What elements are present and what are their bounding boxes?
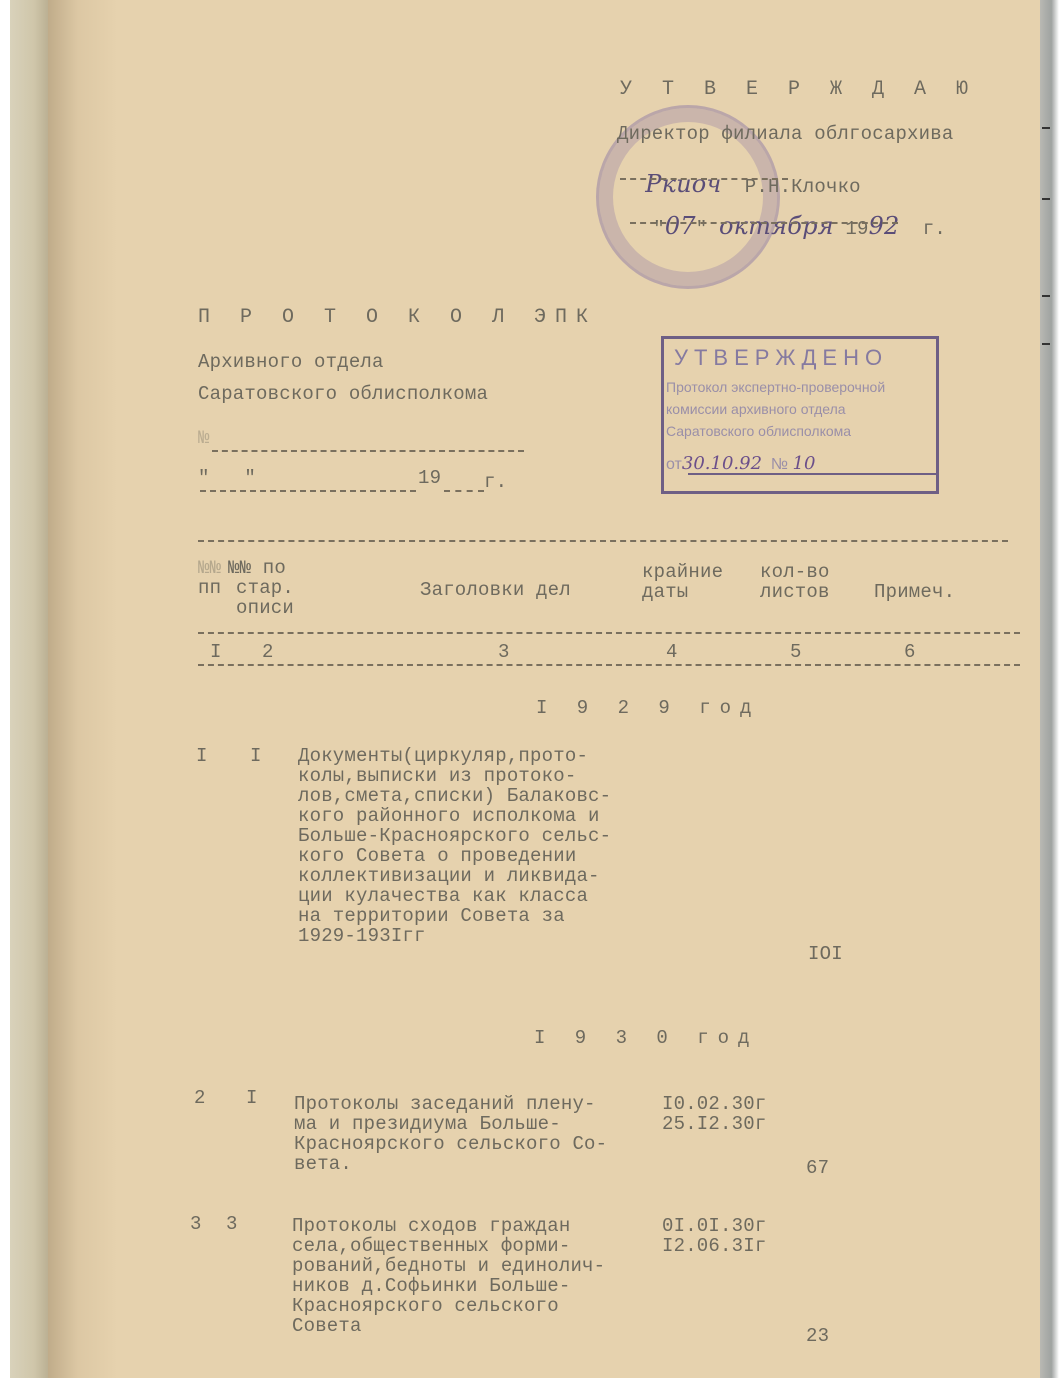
protocol-date-line <box>200 490 416 492</box>
header-col5-line2: листов <box>760 582 830 602</box>
protocol-date-quote: " " <box>198 468 256 488</box>
row-title-line: Совета <box>292 1316 362 1336</box>
row-title-line: села,общественных форми- <box>292 1236 570 1256</box>
approved-stamp-date-row: от30.10.92 № 10 <box>666 453 815 474</box>
row-num: I <box>196 746 208 766</box>
header-col4-line1: крайние <box>642 562 723 582</box>
row-title-line: ма и президиума Больше- <box>294 1114 561 1134</box>
row-title-line: Протоколы заседаний плену- <box>294 1094 596 1114</box>
protocol-year-suffix: г. <box>484 472 507 492</box>
colnum-5: 5 <box>790 642 802 662</box>
approved-stamp-date-label: от <box>666 456 682 473</box>
row-date-start: 0I.0I.30г <box>662 1216 766 1236</box>
approval-date-suffix: г. <box>923 218 946 240</box>
row-title-line: вета. <box>294 1154 352 1174</box>
row-num: 2 <box>194 1088 206 1108</box>
row-title-line: колы,выписки из протоко- <box>298 766 576 786</box>
approved-stamp-number: 10 <box>793 453 816 474</box>
header-bottom-rule <box>198 664 1020 666</box>
colnum-2: 2 <box>262 642 274 662</box>
protocol-number-line <box>212 450 524 452</box>
row-sheets: IOI <box>808 944 843 964</box>
header-col5-line1: кол-во <box>760 562 830 582</box>
colnum-3: 3 <box>498 642 510 662</box>
row-title-line: ников д.Софьинки Больше- <box>292 1276 570 1296</box>
header-col1-line1: №№ <box>198 558 221 578</box>
row-title-line: рований,бедноты и единолич- <box>292 1256 605 1276</box>
row-title-line: лов,смета,списки) Балаковс- <box>298 786 611 806</box>
approved-stamp-underline <box>688 473 936 475</box>
header-col1-line2: пп <box>198 578 221 598</box>
binding-edge <box>10 0 50 1378</box>
row-title-line: на территории Совета за <box>298 906 565 926</box>
row-title-line: Протоколы сходов граждан <box>292 1216 570 1236</box>
signature-underline <box>620 178 788 180</box>
row-sheets: 23 <box>806 1326 829 1346</box>
header-col3: Заголовки дел <box>420 580 571 600</box>
colnum-1: I <box>210 642 222 662</box>
header-col2-line1: №№ по <box>228 558 286 578</box>
protocol-title: П Р О Т О К О Л ЭПК <box>198 308 597 328</box>
protocol-line1: Архивного отдела <box>198 352 384 372</box>
row-date-start: I0.02.30г <box>662 1094 766 1114</box>
row-old-num: I <box>250 746 262 766</box>
row-title-line: коллективизации и ликвида- <box>298 866 600 886</box>
row-title-line: Красноярского сельского Со- <box>294 1134 607 1154</box>
approved-stamp-line1: Протокол экспертно-проверочной <box>666 379 885 395</box>
approved-stamp-date: 30.10.92 <box>682 453 762 474</box>
approval-date: "07" октября 1992 г. <box>630 196 946 239</box>
row-sheets: 67 <box>806 1158 829 1178</box>
approved-stamp-title: УТВЕРЖДЕНО <box>674 345 888 371</box>
row-title-line: Красноярского сельского <box>292 1296 559 1316</box>
header-col4-line2: даты <box>642 582 688 602</box>
row-title-line: кого районного исполкома и <box>298 806 600 826</box>
protocol-year-line <box>444 490 484 492</box>
approval-date-underline <box>630 222 898 224</box>
signature: Ркиоч <box>645 170 721 198</box>
header-col6: Примеч. <box>874 582 955 602</box>
approval-heading: У Т В Е Р Ж Д А Ю <box>620 80 977 100</box>
protocol-number-label: № <box>198 428 210 448</box>
section-year-1930: I 9 3 0 год <box>534 1028 758 1048</box>
protocol-year-label: 19 <box>418 468 441 488</box>
approved-stamp-line3: Саратовского облисполкома <box>666 423 851 439</box>
protocol-line2: Саратовского облисполкома <box>198 384 488 404</box>
colnum-4: 4 <box>666 642 678 662</box>
row-title-line: кого Совета о проведении <box>298 846 576 866</box>
row-old-num: I <box>246 1088 258 1108</box>
header-col2-line3: описи <box>236 598 294 618</box>
header-top-rule <box>198 540 1008 542</box>
approval-date-year-suffix: 92 <box>869 212 900 240</box>
section-year-1929: I 9 2 9 год <box>536 698 760 718</box>
approval-date-month: октября <box>719 212 834 240</box>
row-date-end: I2.06.3Iг <box>662 1236 766 1256</box>
row-title-line: 1929-193Iгг <box>298 926 426 946</box>
row-title-line: ции кулачества как класса <box>298 886 588 906</box>
header-col2-line2: стар. <box>236 578 294 598</box>
approved-stamp: УТВЕРЖДЕНО Протокол экспертно-проверочно… <box>661 336 939 494</box>
approval-position: Директор филиала облгосархива <box>617 124 953 144</box>
header-mid-rule <box>198 632 1020 634</box>
page-edge-right <box>1040 0 1059 1378</box>
approved-stamp-line2: комиссии архивного отдела <box>666 401 846 417</box>
signature-line: Ркиоч Р.Н.Клочко <box>622 154 861 197</box>
approval-date-day: 07 <box>665 212 696 240</box>
row-num: 3 <box>190 1214 202 1234</box>
row-title-line: Документы(циркуляр,прото- <box>298 746 588 766</box>
row-date-end: 25.I2.30г <box>662 1114 766 1134</box>
row-title-line: Больше-Красноярского сельс- <box>298 826 611 846</box>
colnum-6: 6 <box>904 642 916 662</box>
row-old-num: 3 <box>226 1214 238 1234</box>
approved-stamp-number-label: № <box>771 456 788 473</box>
